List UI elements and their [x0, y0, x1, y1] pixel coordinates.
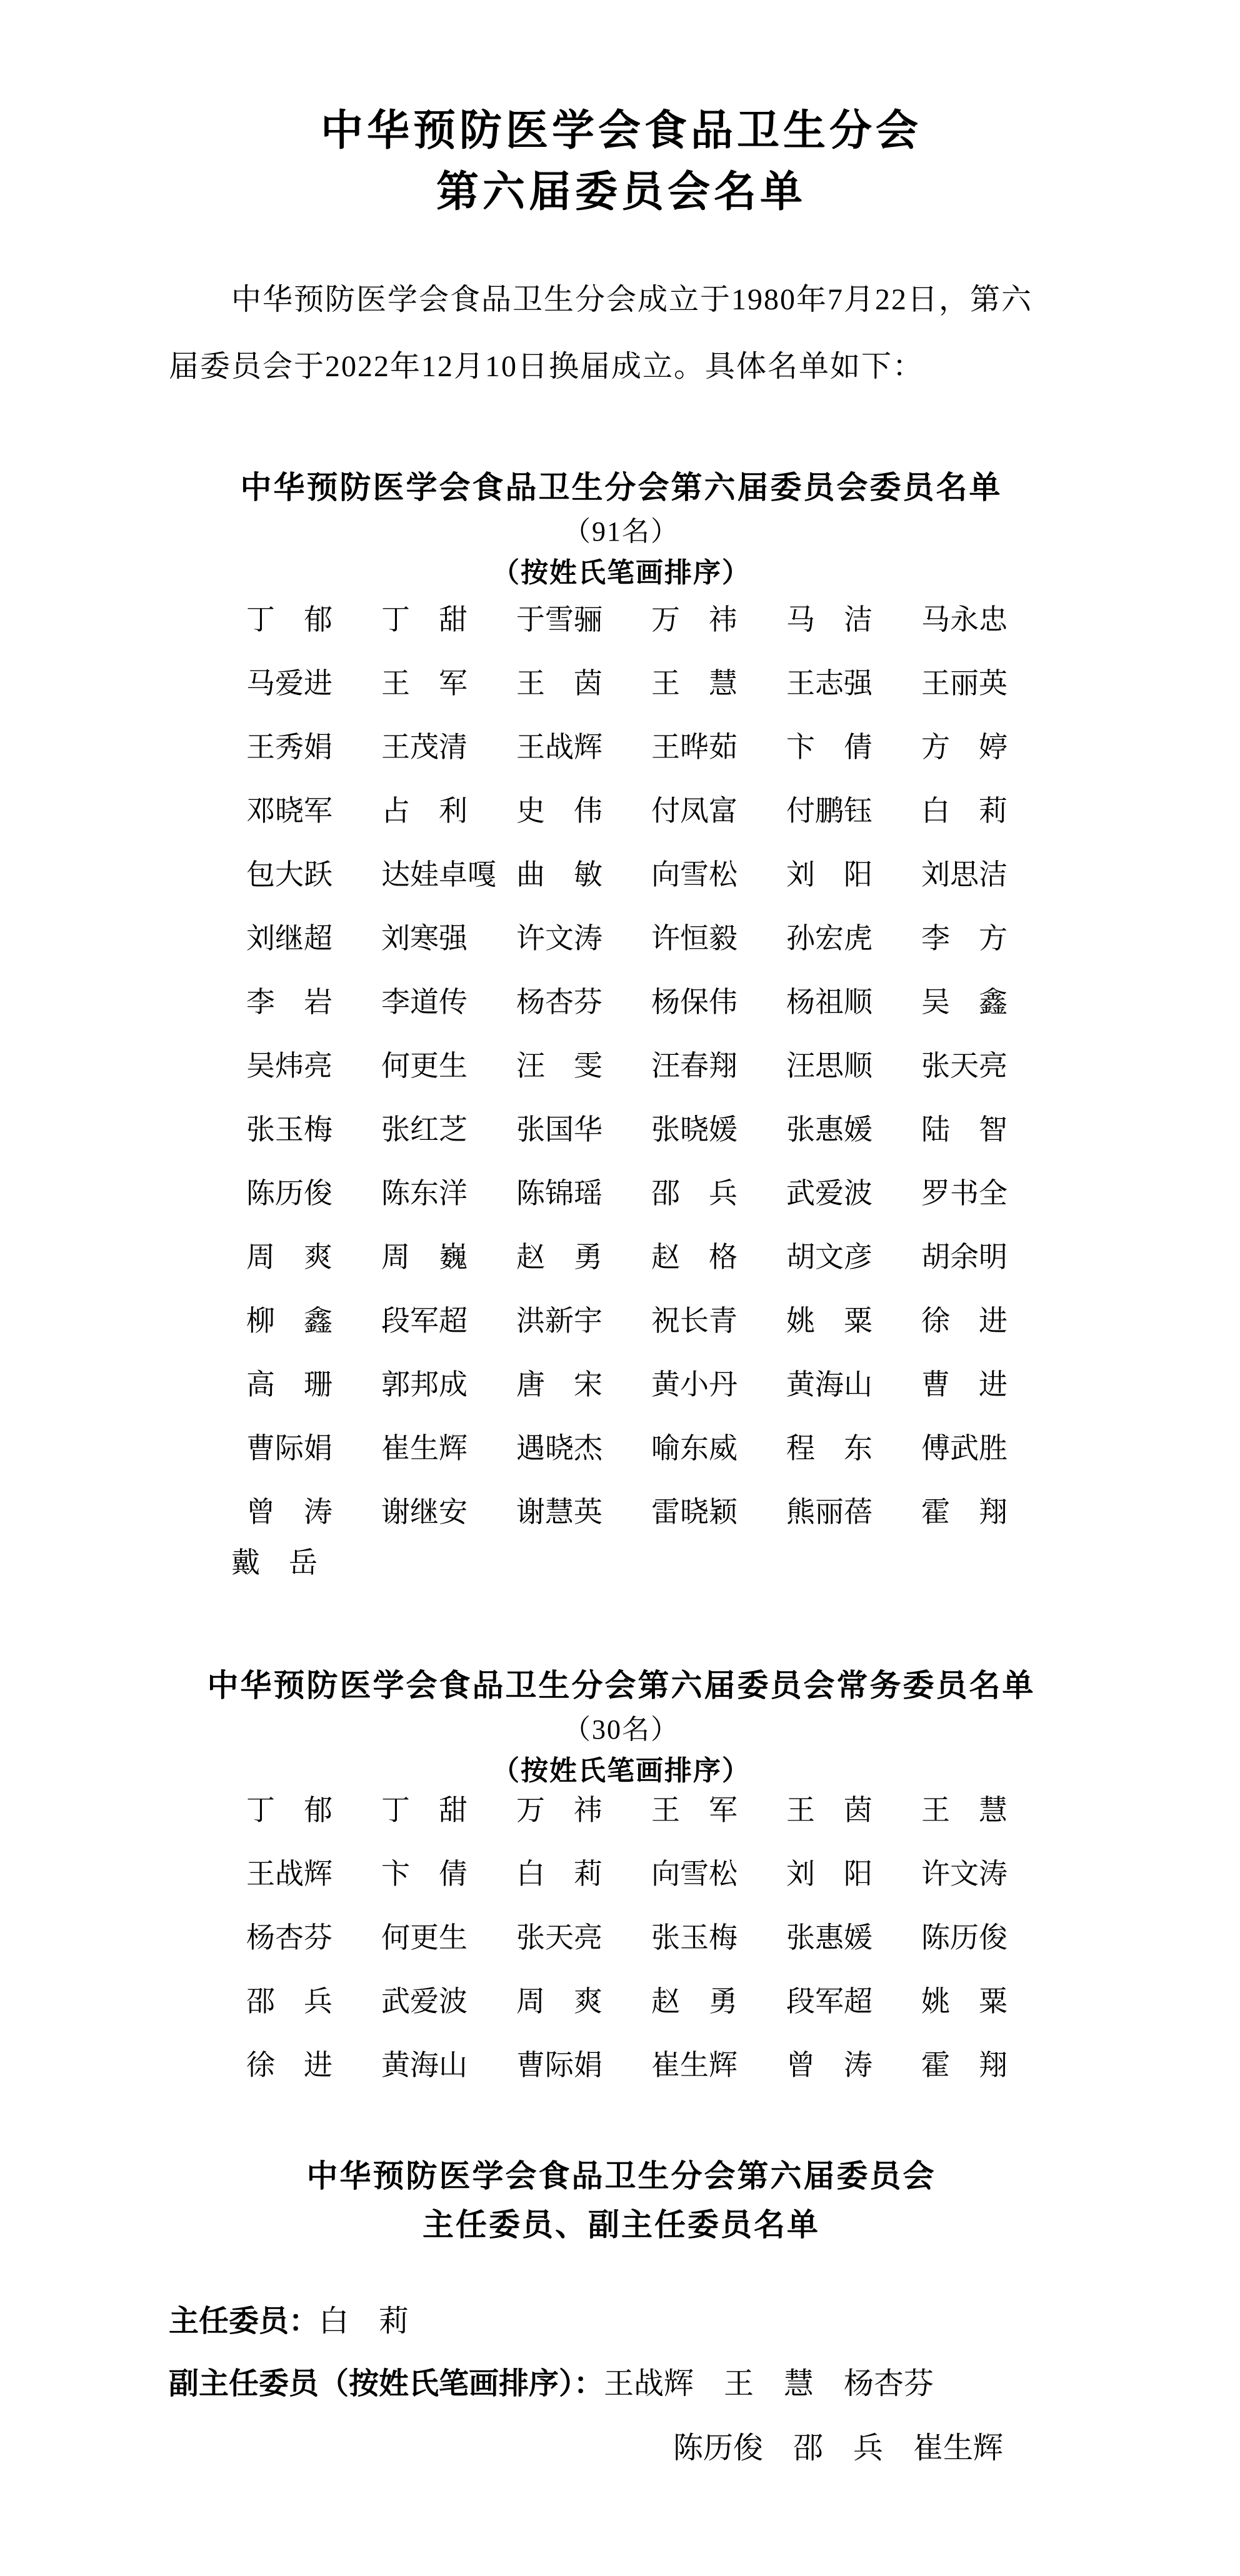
standing-members-name-grid: 丁 郁丁 甜万 祎王 军王 茵王 慧王战辉卞 倩白 莉向雪松刘 阳许文涛杨杏芬何…	[246, 1779, 1074, 2097]
member-name: 白 莉	[516, 1842, 651, 1906]
vice-chairs-label: 副主任委员（按姓氏笔画排序）：	[169, 2367, 604, 2400]
chair-line: 主任委员：白 莉	[169, 2290, 1074, 2353]
chair-label: 主任委员：	[169, 2305, 319, 2338]
member-name: 王战辉	[246, 1842, 381, 1906]
member-name: 王 军	[381, 652, 516, 716]
member-name: 王晔茹	[651, 716, 786, 779]
member-name: 马 洁	[786, 588, 921, 652]
members-count-note: （91名）	[169, 511, 1074, 552]
member-name: 喻东威	[651, 1417, 786, 1480]
member-name: 唐 宋	[516, 1353, 651, 1417]
leaders-section-title-line2: 主任委员、副主任委员名单	[169, 2200, 1074, 2249]
intro-paragraph: 中华预防医学会食品卫生分会成立于1980年7月22日，第六 届委员会于2022年…	[169, 266, 1074, 400]
member-name: 卞 倩	[381, 1842, 516, 1906]
member-name: 郭邦成	[381, 1353, 516, 1417]
document-title-line2: 第六届委员会名单	[169, 161, 1074, 222]
member-name: 黄小丹	[651, 1353, 786, 1417]
member-name: 霍 翔	[921, 2034, 1056, 2097]
document-title-line1: 中华预防医学会食品卫生分会	[169, 100, 1074, 161]
member-name: 付鹏钰	[786, 779, 921, 843]
member-name: 吴 鑫	[921, 971, 1056, 1034]
member-name: 于雪骊	[516, 588, 651, 652]
member-name: 汪思顺	[786, 1034, 921, 1098]
member-name: 陈历俊	[246, 1162, 381, 1226]
member-name: 曾 涛	[246, 1480, 381, 1544]
member-name: 陈历俊	[921, 1906, 1056, 1970]
member-name: 武爱波	[786, 1162, 921, 1226]
member-name: 何更生	[381, 1034, 516, 1098]
member-name: 周 巍	[381, 1226, 516, 1289]
member-name: 刘继超	[246, 907, 381, 971]
leaders-section-title: 中华预防医学会食品卫生分会第六届委员会 主任委员、副主任委员名单	[169, 2152, 1074, 2249]
member-name: 张玉梅	[651, 1906, 786, 1970]
member-name: 吴炜亮	[246, 1034, 381, 1098]
member-name: 向雪松	[651, 843, 786, 907]
member-name: 雷晓颖	[651, 1480, 786, 1544]
member-name: 张惠媛	[786, 1906, 921, 1970]
member-name: 杨杏芬	[246, 1906, 381, 1970]
member-name: 陈锦瑶	[516, 1162, 651, 1226]
member-name: 高 珊	[246, 1353, 381, 1417]
member-name: 刘寒强	[381, 907, 516, 971]
member-name: 史 伟	[516, 779, 651, 843]
member-name: 段军超	[381, 1289, 516, 1353]
intro-line-1: 中华预防医学会食品卫生分会成立于1980年7月22日，第六	[169, 266, 1074, 333]
member-name: 丁 郁	[246, 588, 381, 652]
member-name: 杨祖顺	[786, 971, 921, 1034]
member-name: 黄海山	[786, 1353, 921, 1417]
standing-members-section-title: 中华预防医学会食品卫生分会第六届委员会常务委员名单	[169, 1662, 1074, 1709]
member-name: 胡余明	[921, 1226, 1056, 1289]
member-name: 马永忠	[921, 588, 1056, 652]
member-name: 王 慧	[921, 1779, 1056, 1842]
member-name: 邓晓军	[246, 779, 381, 843]
member-name: 万 祎	[651, 588, 786, 652]
member-name: 胡文彦	[786, 1226, 921, 1289]
member-name: 陆 智	[921, 1098, 1056, 1162]
member-name: 张国华	[516, 1098, 651, 1162]
member-name: 祝长青	[651, 1289, 786, 1353]
member-name: 姚 粟	[786, 1289, 921, 1353]
member-name: 谢慧英	[516, 1480, 651, 1544]
member-name: 包大跃	[246, 843, 381, 907]
member-name: 罗书全	[921, 1162, 1056, 1226]
member-name: 许恒毅	[651, 907, 786, 971]
member-name: 洪新宇	[516, 1289, 651, 1353]
member-name: 程 东	[786, 1417, 921, 1480]
members-section: 中华预防医学会食品卫生分会第六届委员会委员名单 （91名） （按姓氏笔画排序） …	[169, 464, 1074, 1582]
member-name: 张玉梅	[246, 1098, 381, 1162]
member-name: 姚 粟	[921, 1970, 1056, 2034]
member-name: 曹际娟	[516, 2034, 651, 2097]
member-name: 张晓媛	[651, 1098, 786, 1162]
member-name: 方 婷	[921, 716, 1056, 779]
member-name: 白 莉	[921, 779, 1056, 843]
member-name: 谢继安	[381, 1480, 516, 1544]
member-name-overflow: 戴 岳	[231, 1544, 1074, 1582]
member-name: 赵 勇	[516, 1226, 651, 1289]
leaders-section: 中华预防医学会食品卫生分会第六届委员会 主任委员、副主任委员名单 主任委员：白 …	[169, 2152, 1074, 2480]
standing-members-count-note: （30名）	[169, 1709, 1074, 1750]
member-name: 许文涛	[921, 1842, 1056, 1906]
member-name: 何更生	[381, 1906, 516, 1970]
member-name: 陈东洋	[381, 1162, 516, 1226]
member-name: 汪春翔	[651, 1034, 786, 1098]
member-name: 赵 格	[651, 1226, 786, 1289]
member-name: 万 祎	[516, 1779, 651, 1842]
member-name: 张惠媛	[786, 1098, 921, 1162]
vice-chairs-line: 副主任委员（按姓氏笔画排序）：王战辉 王 慧 杨杏芬	[169, 2353, 1074, 2415]
member-name: 傅武胜	[921, 1417, 1056, 1480]
member-name: 王 茵	[516, 652, 651, 716]
member-name: 卞 倩	[786, 716, 921, 779]
vice-chairs-names-1: 王战辉 王 慧 杨杏芬	[604, 2367, 934, 2400]
member-name: 曹 进	[921, 1353, 1056, 1417]
member-name: 张红芝	[381, 1098, 516, 1162]
standing-members-section: 中华预防医学会食品卫生分会第六届委员会常务委员名单 （30名） （按姓氏笔画排序…	[169, 1662, 1074, 2097]
member-name: 王 茵	[786, 1779, 921, 1842]
member-name: 李 方	[921, 907, 1056, 971]
member-name: 付凤富	[651, 779, 786, 843]
member-name: 曲 敏	[516, 843, 651, 907]
member-name: 张天亮	[921, 1034, 1056, 1098]
member-name: 马爱进	[246, 652, 381, 716]
member-name: 王 军	[651, 1779, 786, 1842]
member-name: 王秀娟	[246, 716, 381, 779]
member-name: 王战辉	[516, 716, 651, 779]
vice-chairs-names-2: 陈历俊 邵 兵 崔生辉	[673, 2417, 1074, 2480]
member-name: 曾 涛	[786, 2034, 921, 2097]
member-name: 邵 兵	[246, 1970, 381, 2034]
member-name: 黄海山	[381, 2034, 516, 2097]
member-name: 向雪松	[651, 1842, 786, 1906]
member-name: 邵 兵	[651, 1162, 786, 1226]
member-name: 占 利	[381, 779, 516, 843]
member-name: 柳 鑫	[246, 1289, 381, 1353]
member-name: 许文涛	[516, 907, 651, 971]
intro-line-2: 届委员会于2022年12月10日换届成立。具体名单如下：	[169, 333, 1074, 400]
member-name: 崔生辉	[381, 1417, 516, 1480]
member-name: 达娃卓嘎	[381, 843, 516, 907]
member-name: 熊丽蓓	[786, 1480, 921, 1544]
member-name: 刘思洁	[921, 843, 1056, 907]
members-section-title: 中华预防医学会食品卫生分会第六届委员会委员名单	[169, 464, 1074, 511]
member-name: 徐 进	[246, 2034, 381, 2097]
member-name: 段军超	[786, 1970, 921, 2034]
document-title: 中华预防医学会食品卫生分会 第六届委员会名单	[169, 100, 1074, 222]
member-name: 李 岩	[246, 971, 381, 1034]
member-name: 遇晓杰	[516, 1417, 651, 1480]
chair-name: 白 莉	[319, 2305, 409, 2338]
member-name: 丁 甜	[381, 588, 516, 652]
member-name: 曹际娟	[246, 1417, 381, 1480]
member-name: 刘 阳	[786, 1842, 921, 1906]
member-name: 王 慧	[651, 652, 786, 716]
member-name: 汪 雯	[516, 1034, 651, 1098]
members-name-grid: 丁 郁丁 甜于雪骊万 祎马 洁马永忠马爱进王 军王 茵王 慧王志强王丽英王秀娟王…	[246, 588, 1074, 1544]
member-name: 李道传	[381, 971, 516, 1034]
member-name: 杨杏芬	[516, 971, 651, 1034]
member-name: 杨保伟	[651, 971, 786, 1034]
document-page: 中华预防医学会食品卫生分会 第六届委员会名单 中华预防医学会食品卫生分会成立于1…	[0, 0, 1240, 2576]
member-name: 周 爽	[246, 1226, 381, 1289]
member-name: 崔生辉	[651, 2034, 786, 2097]
member-name: 丁 甜	[381, 1779, 516, 1842]
member-name: 丁 郁	[246, 1779, 381, 1842]
member-name: 刘 阳	[786, 843, 921, 907]
leaders-section-title-line1: 中华预防医学会食品卫生分会第六届委员会	[169, 2152, 1074, 2200]
member-name: 周 爽	[516, 1970, 651, 2034]
member-name: 徐 进	[921, 1289, 1056, 1353]
member-name: 霍 翔	[921, 1480, 1056, 1544]
member-name: 王志强	[786, 652, 921, 716]
member-name: 武爱波	[381, 1970, 516, 2034]
member-name: 赵 勇	[651, 1970, 786, 2034]
member-name: 王丽英	[921, 652, 1056, 716]
member-name: 张天亮	[516, 1906, 651, 1970]
member-name: 孙宏虎	[786, 907, 921, 971]
member-name: 王茂清	[381, 716, 516, 779]
